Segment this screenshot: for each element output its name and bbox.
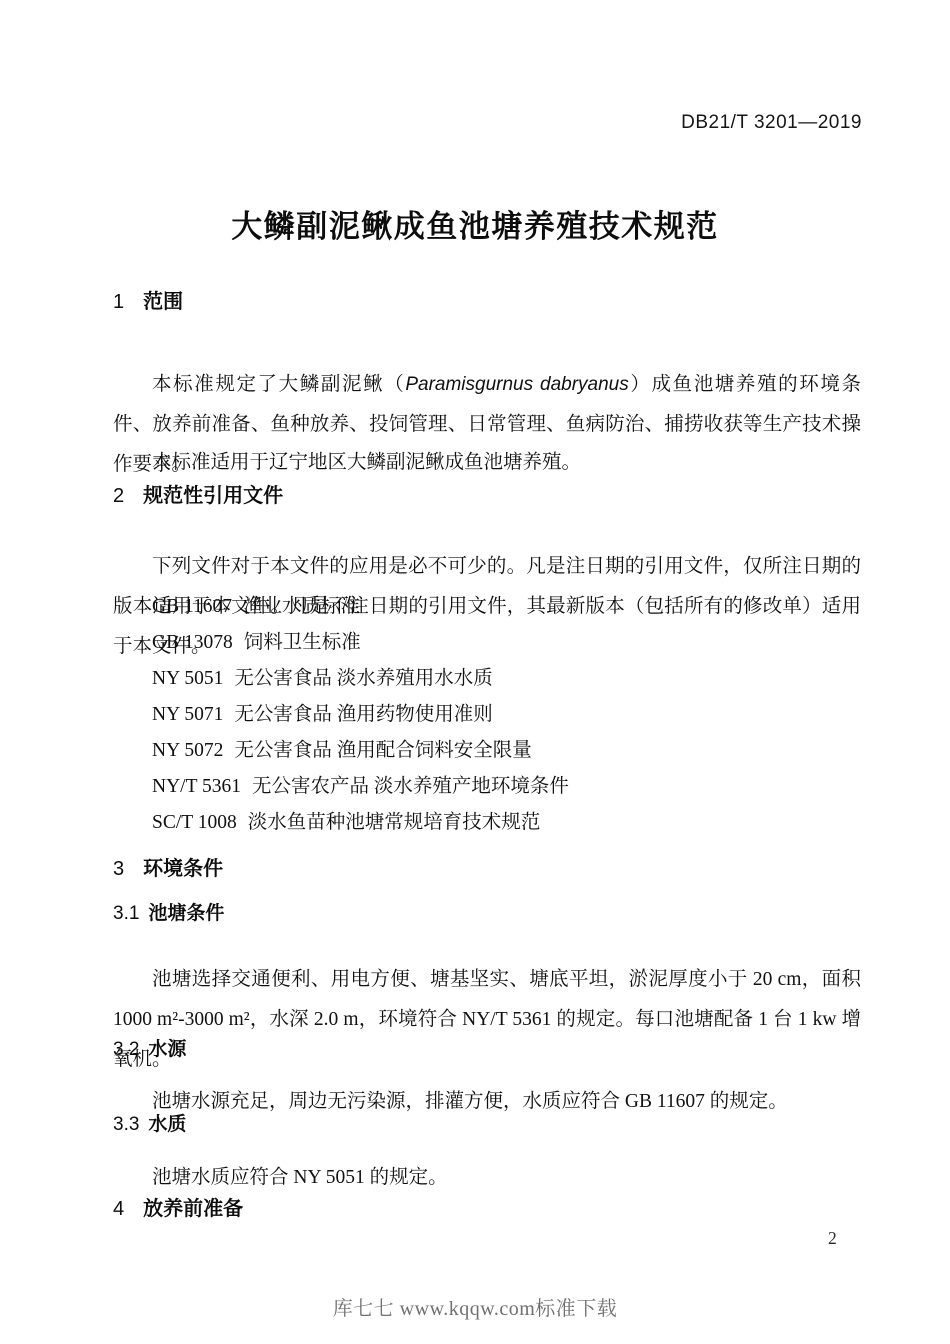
standard-number-header: DB21/T 3201—2019 (681, 112, 862, 134)
reference-item: NY 5071无公害食品 渔用药物使用准则 (152, 697, 852, 733)
normative-references-list: GB 11607渔业水质标准 GB 13078饲料卫生标准 NY 5051无公害… (152, 589, 852, 841)
reference-title: 饲料卫生标准 (244, 632, 361, 653)
reference-title: 无公害食品 渔用配合饲料安全限量 (234, 740, 531, 761)
reference-title: 无公害农产品 淡水养殖产地环境条件 (252, 776, 569, 797)
reference-code: NY 5071 (152, 704, 223, 725)
species-latin-name: Paramisgurnus dabryanus (405, 374, 628, 395)
reference-title: 无公害食品 淡水养殖用水水质 (234, 668, 492, 689)
reference-code: SC/T 1008 (152, 812, 237, 833)
reference-item: GB 13078饲料卫生标准 (152, 625, 852, 661)
reference-title: 无公害食品 渔用药物使用准则 (234, 704, 492, 725)
standard-document-page: DB21/T 3201—2019 大鳞副泥鳅成鱼池塘养殖技术规范 1范围 本标准… (0, 0, 950, 1344)
reference-title: 淡水鱼苗种池塘常规培育技术规范 (248, 812, 541, 833)
reference-item: SC/T 1008淡水鱼苗种池塘常规培育技术规范 (152, 805, 852, 841)
subsection-heading-3-3: 3.3水质 (113, 1109, 186, 1136)
reference-code: NY/T 5361 (152, 776, 241, 797)
document-title: 大鳞副泥鳅成鱼池塘养殖技术规范 (0, 201, 950, 246)
section-title: 范围 (143, 291, 183, 313)
subsection-heading-3-2: 3.2水源 (113, 1034, 186, 1061)
page-number: 2 (828, 1228, 837, 1249)
section-title: 池塘条件 (148, 903, 224, 924)
section-title: 水源 (148, 1039, 186, 1060)
reference-title: 渔业水质标准 (243, 596, 360, 617)
reference-code: NY 5072 (152, 740, 223, 761)
section-number: 1 (113, 291, 124, 313)
subsection-heading-3-1: 3.1池塘条件 (113, 898, 224, 925)
reference-code: NY 5051 (152, 668, 223, 689)
reference-item: NY 5072无公害食品 渔用配合饲料安全限量 (152, 733, 852, 769)
section-number: 3 (113, 858, 124, 880)
section-number: 3.3 (113, 1114, 139, 1135)
section-number: 4 (113, 1198, 124, 1220)
footer-watermark: 库七七 www.kqqw.com标准下载 (0, 1292, 950, 1321)
paragraph-pond-conditions: 池塘选择交通便利、用电方便、塘基坚实、塘底平坦，淤泥厚度小于 20 cm，面积 … (113, 960, 861, 1080)
section-title: 水质 (148, 1114, 186, 1135)
section-number: 3.1 (113, 903, 139, 924)
section-number: 2 (113, 485, 124, 507)
paragraph-water-source: 池塘水源充足，周边无污染源，排灌方便，水质应符合 GB 11607 的规定。 (113, 1082, 861, 1122)
section-title: 放养前准备 (143, 1198, 243, 1220)
section-heading-2: 2规范性引用文件 (113, 479, 283, 508)
reference-item: GB 11607渔业水质标准 (152, 589, 852, 625)
reference-item: NY 5051无公害食品 淡水养殖用水水质 (152, 661, 852, 697)
reference-code: GB 13078 (152, 632, 233, 653)
section-heading-3: 3环境条件 (113, 852, 223, 881)
section-heading-4: 4放养前准备 (113, 1192, 243, 1221)
section-heading-1: 1范围 (113, 285, 183, 314)
reference-code: GB 11607 (152, 596, 232, 617)
paragraph-scope-2: 本标准适用于辽宁地区大鳞副泥鳅成鱼池塘养殖。 (113, 443, 861, 483)
section-title: 环境条件 (143, 858, 223, 880)
section-number: 3.2 (113, 1039, 139, 1060)
reference-item: NY/T 5361无公害农产品 淡水养殖产地环境条件 (152, 769, 852, 805)
section-title: 规范性引用文件 (143, 485, 283, 507)
paragraph-text: 本标准规定了大鳞副泥鳅（ (152, 374, 405, 395)
